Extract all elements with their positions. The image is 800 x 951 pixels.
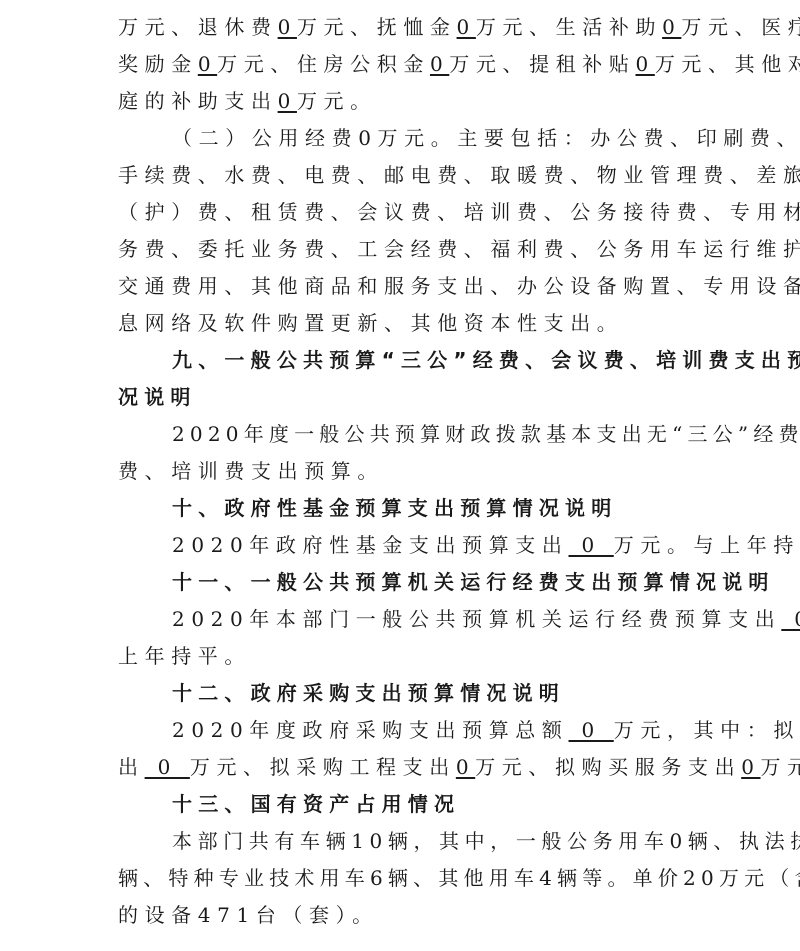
paragraph-line: 上年持平。 (118, 638, 251, 675)
goods-value: 0 (145, 755, 190, 779)
text: 2020年本部门一般公共预算机关运行经费预算支出 (172, 607, 781, 631)
text: 万元、医疗费 (681, 15, 800, 39)
section-heading-13: 十三、国有资产占用情况 (172, 786, 460, 823)
paragraph-line: （护）费、租赁费、会议费、培训费、公务接待费、专用材料费、劳 (118, 194, 800, 231)
award-value: 0 (198, 52, 217, 76)
fund-expenditure-value: 0 (569, 533, 614, 557)
paragraph-line: 奖励金0万元、住房公积金0万元、提租补贴0万元、其他对个人和家 (118, 46, 800, 83)
paragraph-line: 费、培训费支出预算。 (118, 453, 384, 490)
living-subsidy-value: 0 (662, 15, 681, 39)
paragraph-line: 辆、特种专业技术用车6辆、其他用车4辆等。单价20万元（含）以上 (118, 860, 800, 897)
text: 奖励金 (118, 52, 198, 76)
paragraph-line: 的设备471台（套）。 (118, 897, 379, 934)
housing-fund-value: 0 (430, 52, 449, 76)
text: 万元、退休费 (118, 15, 278, 39)
paragraph-line: 2020年政府性基金支出预算支出 0 万元。与上年持平。 (172, 527, 800, 564)
paragraph-line: 庭的补助支出0万元。 (118, 83, 377, 120)
text: 万元、生活补助 (476, 15, 662, 39)
text: 2020年度政府采购支出预算总额 (172, 718, 569, 742)
paragraph-line: 手续费、水费、电费、邮电费、取暖费、物业管理费、差旅费、维修 (118, 157, 800, 194)
text: 万元。 (761, 755, 800, 779)
paragraph-line: 2020年本部门一般公共预算机关运行经费预算支出 0 万元，与 (172, 601, 800, 638)
section-heading-11: 十一、一般公共预算机关运行经费支出预算情况说明 (172, 564, 775, 601)
retirement-value: 0 (278, 15, 297, 39)
paragraph-line: （二）公用经费0万元。主要包括：办公费、印刷费、咨询费、 (172, 120, 800, 157)
family-subsidy-value: 0 (278, 89, 297, 113)
rent-subsidy-value: 0 (635, 52, 654, 76)
paragraph-line: 2020年度一般公共预算财政拨款基本支出无“三公”经费、会议 (172, 416, 800, 453)
text: 万元、其他对个人和家 (655, 52, 800, 76)
paragraph-line: 息网络及软件购置更新、其他资本性支出。 (118, 305, 623, 342)
services-value: 0 (741, 755, 760, 779)
paragraph-line: 出 0 万元、拟采购工程支出0万元、拟购买服务支出0万元。 (118, 749, 800, 786)
section-heading-9-cont: 况说明 (118, 379, 197, 416)
section-heading-10: 十、政府性基金预算支出预算情况说明 (172, 490, 617, 527)
paragraph-line: 万元、退休费0万元、抚恤金0万元、生活补助0万元、医疗费0万元、 (118, 9, 800, 46)
paragraph-line: 务费、委托业务费、工会经费、福利费、公务用车运行维护费、其他 (118, 231, 800, 268)
text: 2020年政府性基金支出预算支出 (172, 533, 569, 557)
text: 万元、住房公积金 (217, 52, 430, 76)
section-heading-9: 九、一般公共预算“三公”经费、会议费、培训费支出预算情 (172, 342, 800, 379)
text: 万元、抚恤金 (297, 15, 457, 39)
text: 万元。 (297, 89, 377, 113)
works-value: 0 (456, 755, 475, 779)
text: 庭的补助支出 (118, 89, 278, 113)
text: 万元，其中：拟采购货物支 (614, 718, 800, 742)
section-heading-12: 十二、政府采购支出预算情况说明 (172, 675, 565, 712)
pension-value: 0 (457, 15, 476, 39)
text: 万元、拟采购工程支出 (190, 755, 456, 779)
text: 万元。与上年持平。 (614, 533, 800, 557)
procurement-total-value: 0 (569, 718, 614, 742)
document-page: 万元、退休费0万元、抚恤金0万元、生活补助0万元、医疗费0万元、 奖励金0万元、… (0, 0, 800, 951)
paragraph-line: 本部门共有车辆10辆，其中，一般公务用车0辆、执法执勤用车0 (172, 823, 800, 860)
paragraph-line: 2020年度政府采购支出预算总额 0 万元，其中：拟采购货物支 (172, 712, 800, 749)
text: 万元、提租补贴 (449, 52, 635, 76)
operating-expense-value: 0 (781, 607, 800, 631)
text: 万元、拟购买服务支出 (475, 755, 741, 779)
text: 出 (118, 755, 145, 779)
paragraph-line: 交通费用、其他商品和服务支出、办公设备购置、专用设备购置、信 (118, 268, 800, 305)
